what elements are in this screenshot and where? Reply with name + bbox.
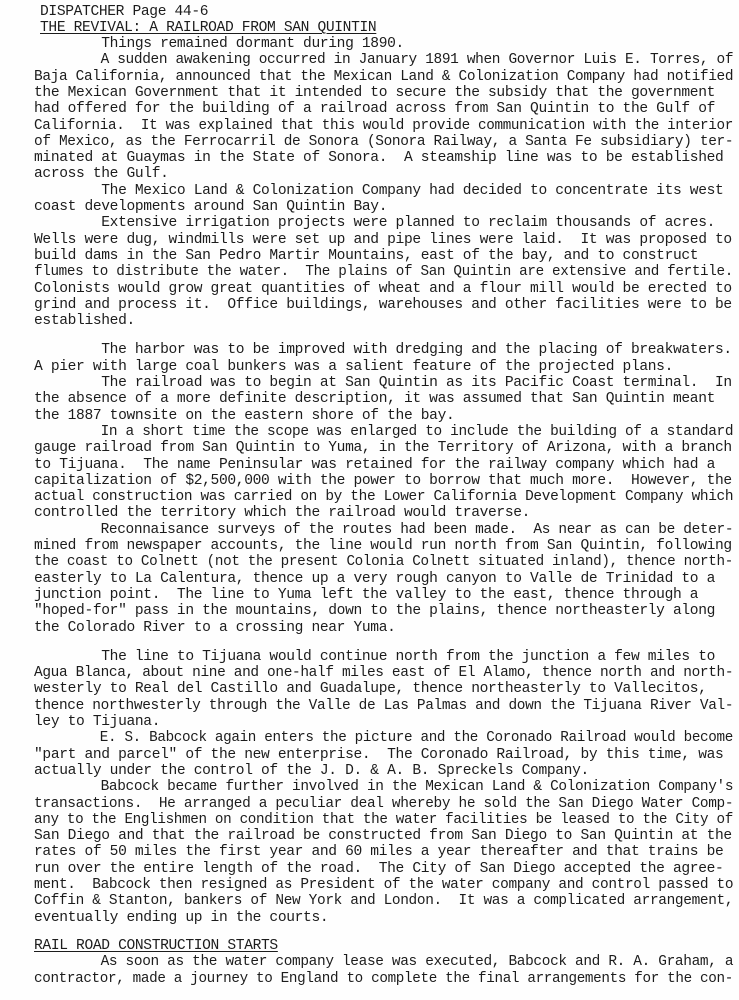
body-line: Coffin & Stanton, bankers of New York an… <box>34 893 733 909</box>
body-line: westerly to Real del Castillo and Guadal… <box>34 681 707 697</box>
article-title: THE REVIVAL: A RAILROAD FROM SAN QUINTIN <box>40 20 376 36</box>
body-line: Babcock became further involved in the M… <box>34 779 733 795</box>
body-line: of Mexico, as the Ferrocarril de Sonora … <box>34 134 733 150</box>
body-line: easterly to La Calentura, thence up a ve… <box>34 571 715 587</box>
body-line: flumes to distribute the water. The plai… <box>34 264 733 280</box>
body-line: mined from newspaper accounts, the line … <box>34 538 732 554</box>
body-line: A pier with large coal bunkers was a sal… <box>34 359 673 375</box>
body-line: build dams in the San Pedro Martir Mount… <box>34 248 698 264</box>
document-page: DISPATCHER Page 44-6 THE REVIVAL: A RAIL… <box>0 0 739 1000</box>
body-line: the 1887 townsite on the eastern shore o… <box>34 408 454 424</box>
body-line: In a short time the scope was enlarged t… <box>34 424 733 440</box>
body-line: As soon as the water company lease was e… <box>34 954 733 970</box>
body-line: Extensive irrigation projects were plann… <box>34 215 715 231</box>
body-line: The Mexico Land & Colonization Company h… <box>34 183 723 199</box>
section-title-construction: RAIL ROAD CONSTRUCTION STARTS <box>34 938 278 954</box>
body-line: transactions. He arranged a peculiar dea… <box>34 796 733 812</box>
body-line: grind and process it. Office buildings, … <box>34 297 732 313</box>
body-line: The line to Tijuana would continue north… <box>34 649 715 665</box>
body-line: Reconnaisance surveys of the routes had … <box>34 522 733 538</box>
body-line: Agua Blanca, about nine and one-half mil… <box>34 665 733 681</box>
body-line: The railroad was to begin at San Quintin… <box>34 375 732 391</box>
body-line: the Colorado River to a crossing near Yu… <box>34 620 396 636</box>
body-line: the Mexican Government that it intended … <box>34 85 715 101</box>
body-line: to Tijuana. The name Peninsular was reta… <box>34 457 715 473</box>
body-line: eventually ending up in the courts. <box>34 910 328 926</box>
body-line: capitalization of $2,500,000 with the po… <box>34 473 732 489</box>
body-line: "hoped-for" pass in the mountains, down … <box>34 603 715 619</box>
body-line: contractor, made a journey to England to… <box>34 971 733 987</box>
body-line: any to the Englishmen on condition that … <box>34 812 733 828</box>
body-line: Wells were dug, windmills were set up an… <box>34 232 732 248</box>
body-line: coast developments around San Quintin Ba… <box>34 199 387 215</box>
body-line: the coast to Colnett (not the present Co… <box>34 554 733 570</box>
body-line: California. It was explained that this w… <box>34 118 733 134</box>
body-line: run over the entire length of the road. … <box>34 861 723 877</box>
body-line: E. S. Babcock again enters the picture a… <box>34 730 733 746</box>
body-line: thence northwesterly through the Valle d… <box>34 698 733 714</box>
body-line: Baja California, announced that the Mexi… <box>34 69 733 85</box>
body-line: A sudden awakening occurred in January 1… <box>34 52 733 68</box>
body-line: ment. Babcock then resigned as President… <box>34 877 733 893</box>
body-line: had offered for the building of a railro… <box>34 101 715 117</box>
body-line: Things remained dormant during 1890. <box>34 36 404 52</box>
page-header: DISPATCHER Page 44-6 <box>40 4 208 20</box>
body-line: established. <box>34 313 135 329</box>
body-line: gauge railroad from San Quintin to Yuma,… <box>34 440 732 456</box>
body-line: Colonists would grow great quantities of… <box>34 281 732 297</box>
body-line: ley to Tijuana. <box>34 714 160 730</box>
body-line: The harbor was to be improved with dredg… <box>34 342 732 358</box>
body-line: rates of 50 miles the first year and 60 … <box>34 844 723 860</box>
body-line: San Diego and that the railroad be const… <box>34 828 732 844</box>
body-line: minated at Guaymas in the State of Sonor… <box>34 150 723 166</box>
body-line: the absence of a more definite descripti… <box>34 391 715 407</box>
body-line: controlled the territory which the railr… <box>34 505 530 521</box>
body-line: across the Gulf. <box>34 166 169 182</box>
body-line: junction point. The line to Yuma left th… <box>34 587 698 603</box>
body-line: "part and parcel" of the new enterprise.… <box>34 747 723 763</box>
body-line: actual construction was carried on by th… <box>34 489 733 505</box>
body-line: actually under the control of the J. D. … <box>34 763 589 779</box>
